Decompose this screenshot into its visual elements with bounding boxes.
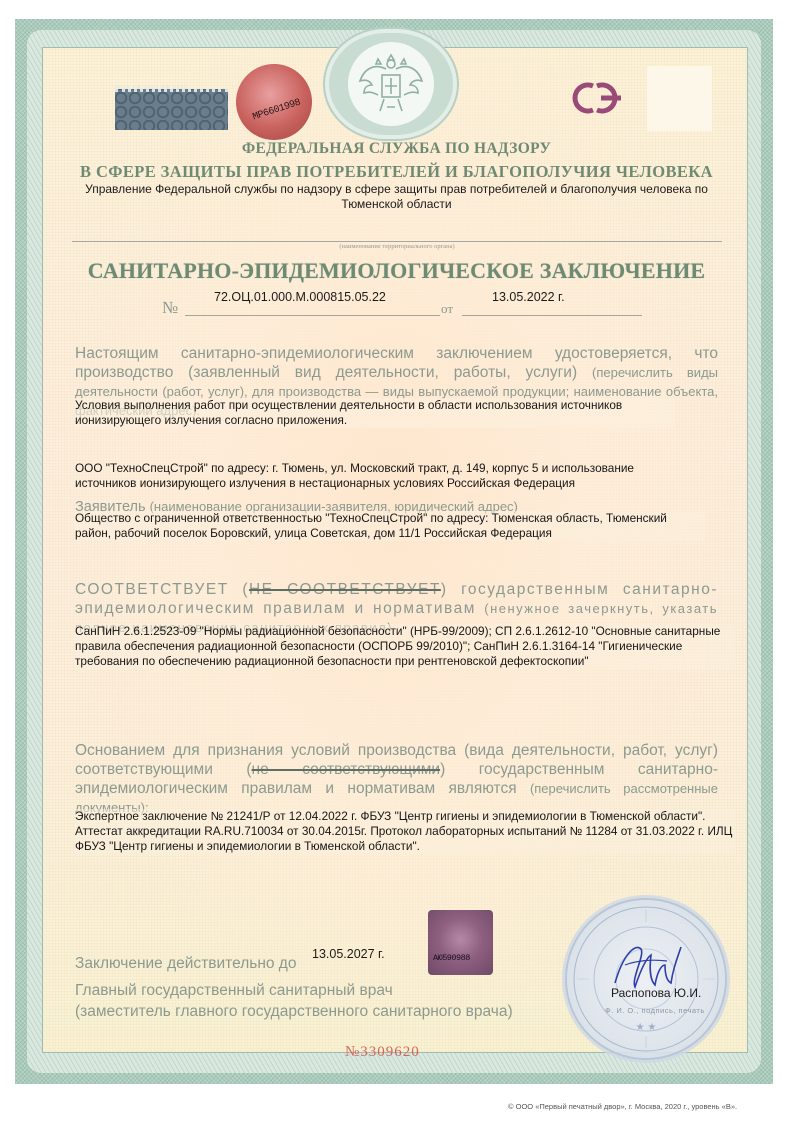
conformity-status: СООТВЕТСТВУЕТ (	[75, 581, 249, 598]
production-object: ООО "ТехноСпецСтрой" по адресу: г. Тюмен…	[75, 461, 675, 491]
sanitary-rules-value: СанПиН 2.6.1.2523-09 "Нормы радиационной…	[75, 624, 735, 669]
signer-name: Распопова Ю.И.	[611, 986, 701, 1000]
hologram-strip	[115, 89, 228, 130]
form-serial-number: №3309620	[345, 1044, 420, 1061]
basis-struck-option: не соответствующими	[252, 761, 441, 778]
square-hologram-icon	[428, 910, 493, 975]
org-heading-line2: В СФЕРЕ ЗАЩИТЫ ПРАВ ПОТРЕБИТЕЛЕЙ И БЛАГО…	[0, 162, 793, 182]
hologram-strip-text: 2019 РФ 2020 РФ 2021	[115, 85, 188, 91]
printer-imprint: © ООО «Первый печатный двор», г. Москва,…	[508, 1102, 737, 1111]
territorial-agency-name: Управление Федеральной службы по надзору…	[60, 182, 733, 212]
chief-doctor-line1: Главный государственный санитарный врач	[75, 980, 513, 1001]
basis-lead: Основанием для признания условий произво…	[75, 741, 718, 817]
blank-watermark-area	[647, 66, 712, 131]
double-headed-eagle-emblem-icon	[348, 42, 434, 126]
org-heading-line1: ФЕДЕРАЛЬНАЯ СЛУЖБА ПО НАДЗОРУ	[0, 140, 793, 158]
validity-date: 13.05.2027 г.	[312, 947, 385, 961]
validity-label: Заключение действительно до	[75, 955, 296, 973]
certificate-date: 13.05.2022 г.	[492, 290, 565, 304]
production-value: Условия выполнения работ при осуществлен…	[75, 398, 675, 428]
svg-text:★ ★: ★ ★	[636, 1022, 657, 1033]
conformity-struck-option: НЕ СООТВЕТСТВУЕТ	[249, 581, 441, 598]
number-label: №	[162, 298, 178, 318]
chief-doctor-line2: (заместитель главного государственного с…	[75, 1001, 513, 1022]
signature-caption: Ф. И. О., подпись, печать	[605, 1006, 705, 1015]
date-underline	[462, 315, 642, 316]
certificate-number: 72.ОЦ.01.000.М.000815.05.22	[214, 290, 386, 304]
document-title: САНИТАРНО-ЭПИДЕМИОЛОГИЧЕСКОЕ ЗАКЛЮЧЕНИЕ	[0, 258, 793, 284]
se-certification-logo-icon	[563, 78, 633, 118]
chief-doctor-title: Главный государственный санитарный врач …	[75, 980, 513, 1022]
agency-caption: (наименование территориального органа)	[72, 243, 722, 250]
date-from-label: от	[441, 301, 453, 317]
number-underline	[185, 315, 440, 316]
square-hologram-number: АЮ590988	[433, 953, 470, 963]
basis-documents-value: Экспертное заключение № 21241/Р от 12.04…	[75, 809, 735, 854]
applicant-value: Общество с ограниченной ответственностью…	[75, 511, 705, 541]
agency-underline	[72, 241, 722, 242]
